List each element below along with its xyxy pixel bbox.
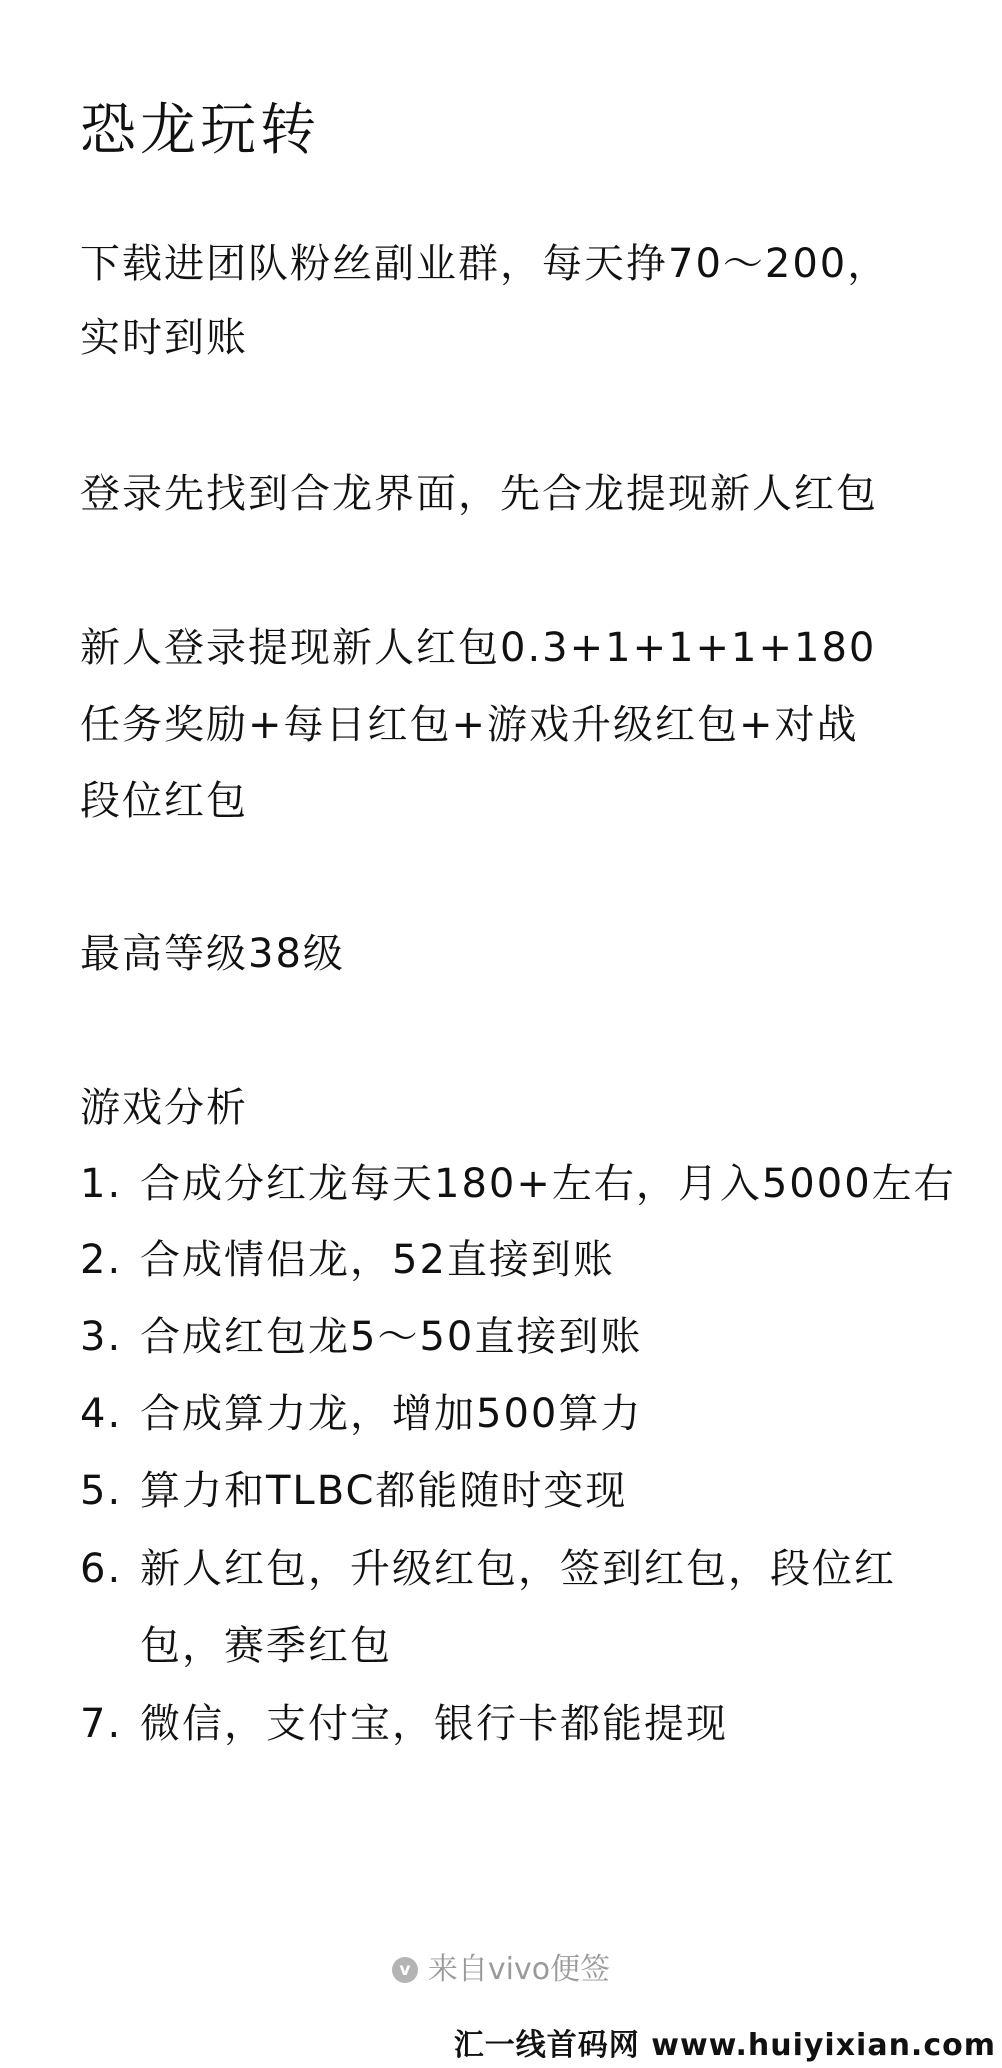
paragraph-line: 新人登录提现新人红包0.3+1+1+1+180 [80,622,876,674]
list-number: 4. [80,1388,140,1440]
source-footer: v来自vivo便签 [0,1950,1002,1990]
list-number: 3. [80,1311,140,1363]
paragraph-line: 段位红包 [80,775,248,827]
list-text: 新人红包，升级红包，签到红包，段位红 [140,1546,896,1592]
list-text: 微信，支付宝，银行卡都能提现 [140,1701,728,1747]
list-number: 2. [80,1234,140,1286]
vivo-logo-icon: v [392,1957,418,1983]
list-item: 5.算力和TLBC都能随时变现 [80,1465,627,1517]
list-item: 7.微信，支付宝，银行卡都能提现 [80,1698,728,1750]
paragraph-line: 实时到账 [80,312,248,364]
list-item: 3.合成红包龙5～50直接到账 [80,1311,642,1363]
paragraph-line: 下载进团队粉丝副业群，每天挣70～200， [80,238,889,290]
paragraph-line: 登录先找到合龙界面，先合龙提现新人红包 [80,468,878,520]
list-number: 6. [80,1543,140,1595]
list-text: 合成情侣龙，52直接到账 [140,1237,615,1283]
section-heading: 游戏分析 [80,1082,248,1134]
paragraph-line: 任务奖励+每日红包+游戏升级红包+对战 [80,699,859,751]
list-item-continuation: 包，赛季红包 [140,1620,392,1672]
note-title: 恐龙玩转 [80,96,320,166]
source-label: 来自vivo便签 [428,1952,610,1987]
list-text: 合成算力龙，增加500算力 [140,1391,642,1437]
site-watermark: 汇一线首码网 www.huiyixian.com [454,2026,996,2066]
list-text: 包，赛季红包 [140,1623,392,1669]
list-number: 5. [80,1465,140,1517]
list-item: 4.合成算力龙，增加500算力 [80,1388,642,1440]
paragraph-line: 最高等级38级 [80,928,345,980]
list-number: 7. [80,1698,140,1750]
list-text: 算力和TLBC都能随时变现 [140,1468,627,1514]
list-item: 2.合成情侣龙，52直接到账 [80,1234,615,1286]
list-number: 1. [80,1158,140,1210]
list-item: 6.新人红包，升级红包，签到红包，段位红 [80,1543,896,1595]
list-item: 1.合成分红龙每天180+左右，月入5000左右 [80,1158,956,1210]
list-text: 合成分红龙每天180+左右，月入5000左右 [140,1161,956,1207]
list-text: 合成红包龙5～50直接到账 [140,1314,642,1360]
